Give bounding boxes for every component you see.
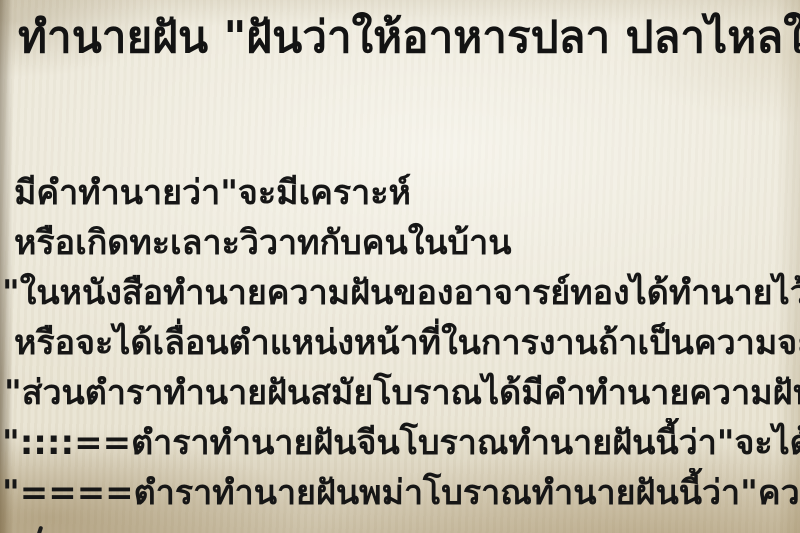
aged-paper-page: ทำนายฝัน "ฝันว่าให้อาหารปลา ปลาไหลใน มีค… xyxy=(0,0,800,533)
text-line: "ส่วนตำราทำนายฝันสมัยโบราณได้มีคำทำนายคว… xyxy=(0,368,800,418)
text-line: "====ตำราทำนายฝันพม่าโบราณทำนายฝันนี้ว่า… xyxy=(0,468,800,518)
body-text-block: มีคำทำนายว่า"จะมีเคราะห์ หรือเกิดทะเลาะว… xyxy=(0,168,800,518)
text-line: "::::==ตำราทำนายฝันจีนโบราณทำนายฝันนี้ว่… xyxy=(0,418,800,468)
text-line: มีคำทำนายว่า"จะมีเคราะห์ xyxy=(0,168,800,218)
text-line: "ในหนังสือทำนายความฝันของอาจารย์ทองได้ทำ… xyxy=(0,268,800,318)
text-line: หรือเกิดทะเลาะวิวาทกับคนในบ้าน xyxy=(0,218,800,268)
clipped-next-line-tone-mark xyxy=(37,526,44,533)
text-line: หรือจะได้เลื่อนตำแหน่งหน้าที่ในการงานถ้า… xyxy=(0,318,800,368)
page-title: ทำนายฝัน "ฝันว่าให้อาหารปลา ปลาไหลใน xyxy=(18,6,800,70)
